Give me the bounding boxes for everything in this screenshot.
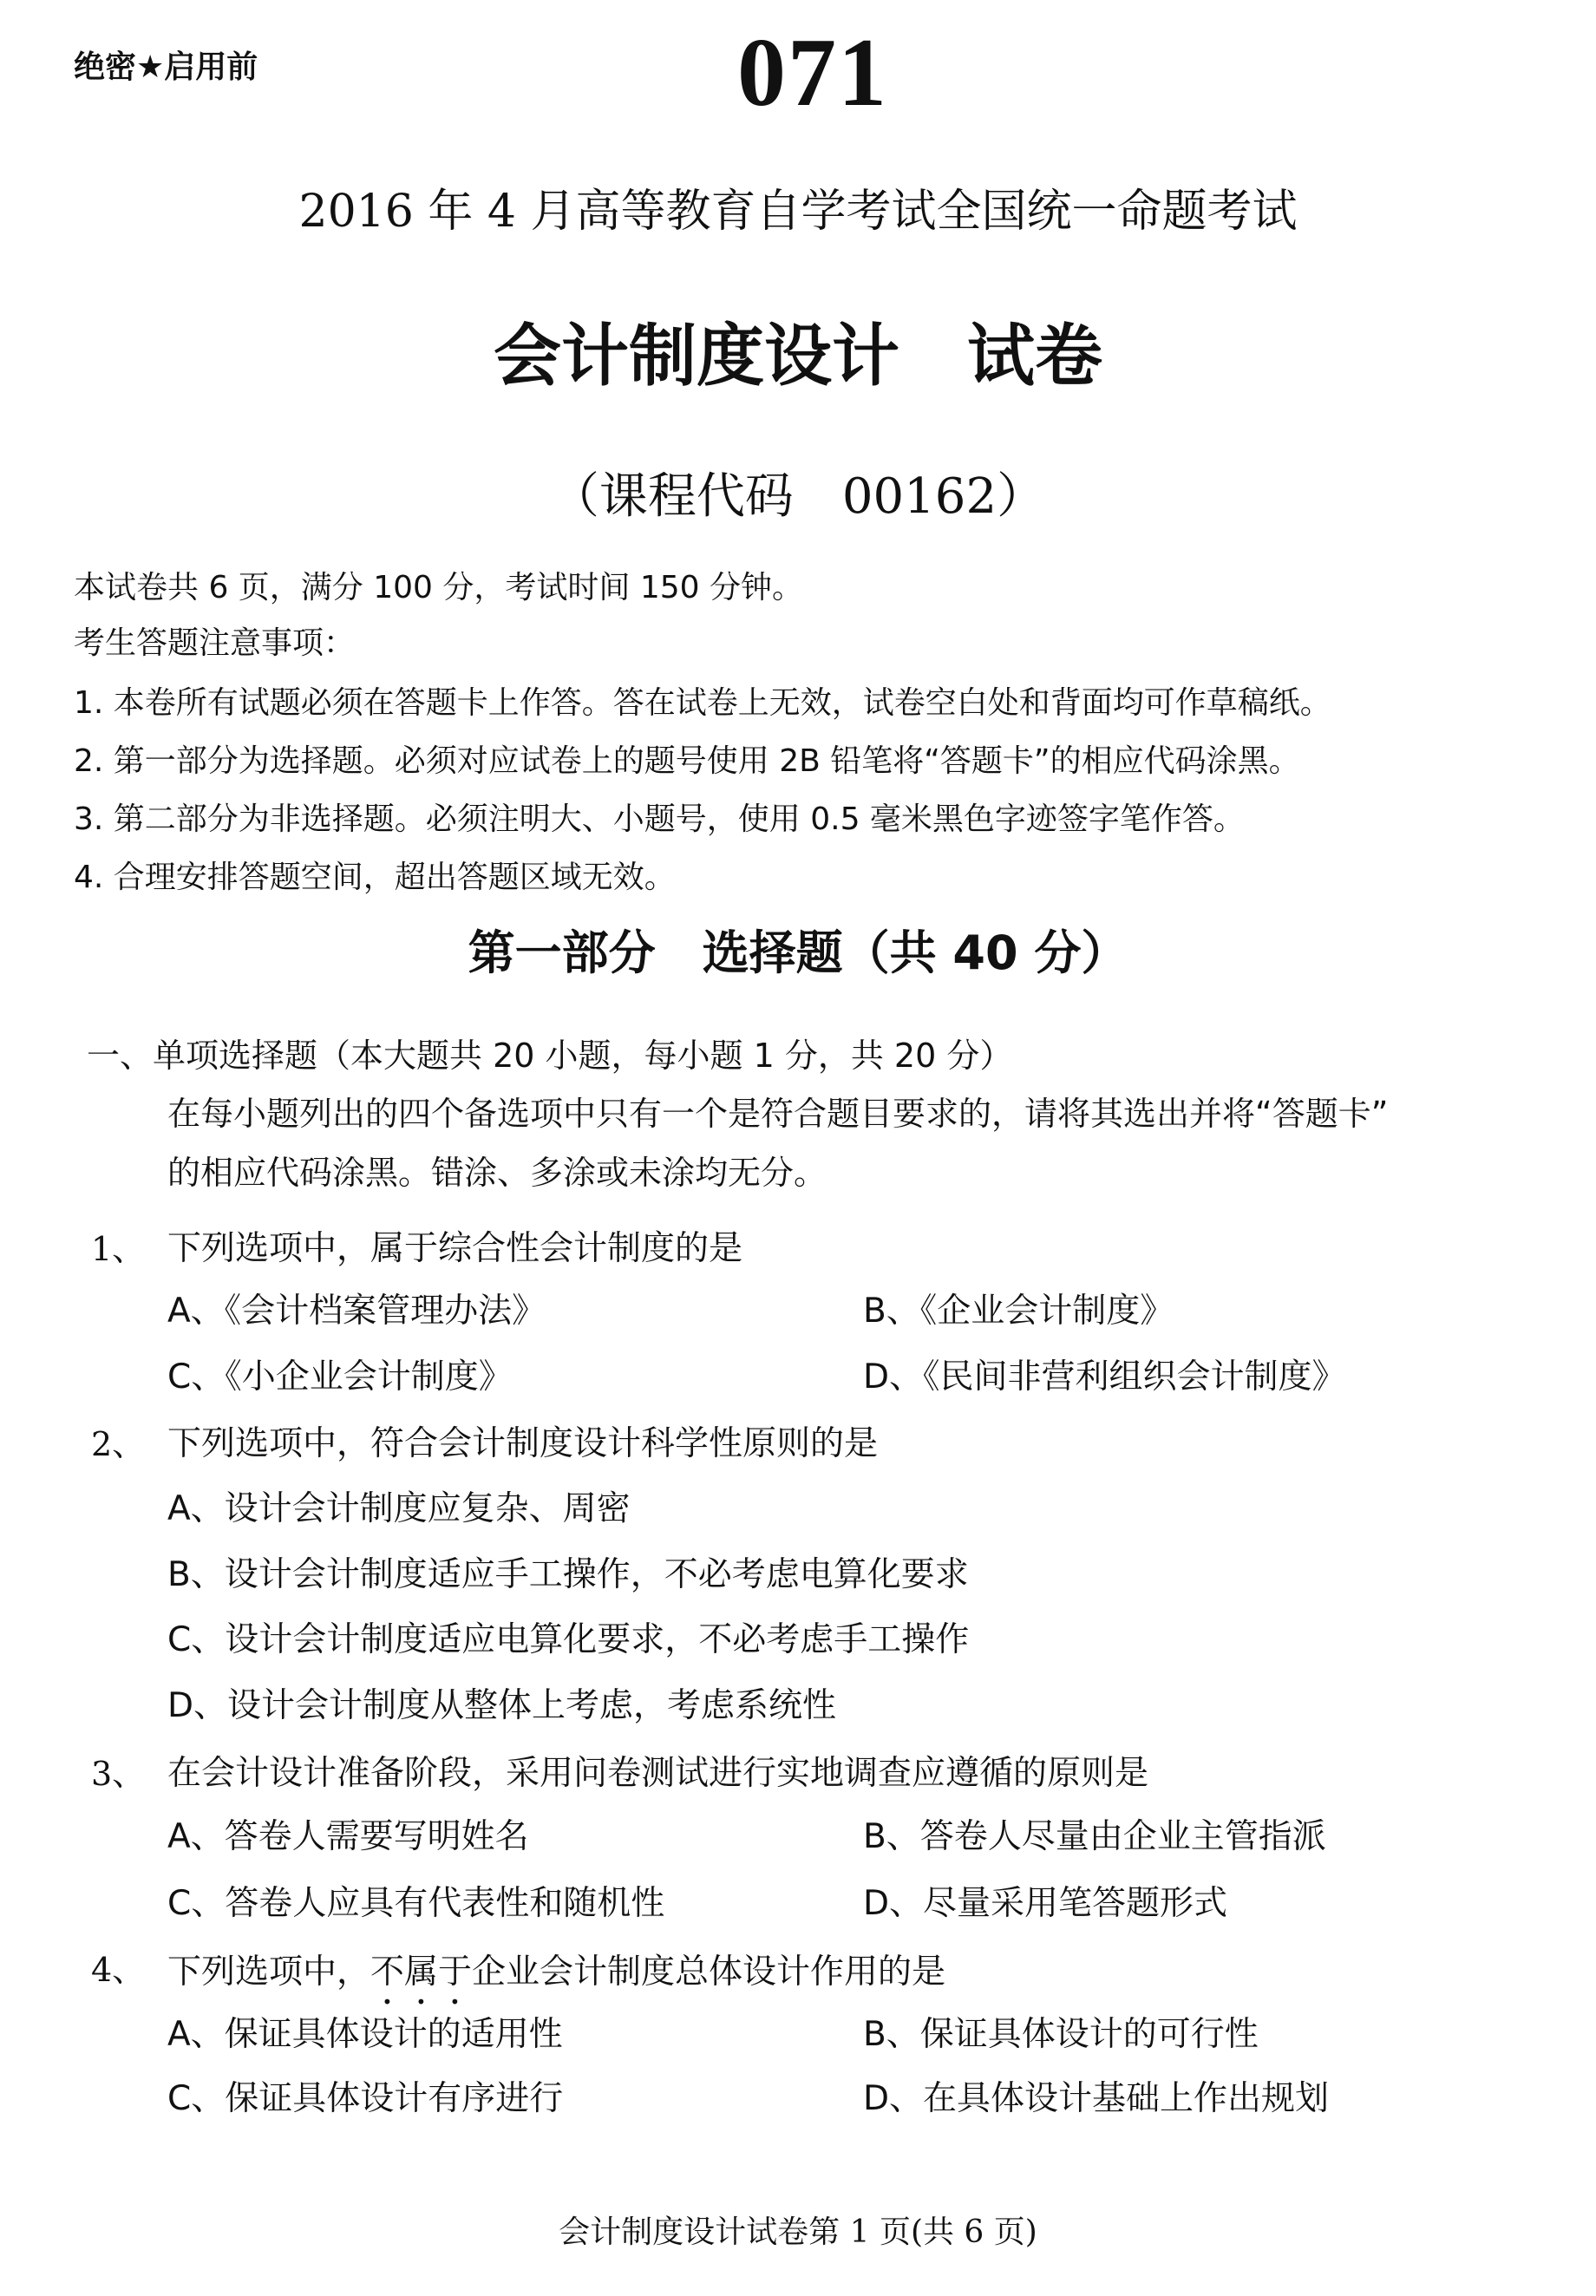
option-d: D、在具体设计基础上作出规划: [863, 2082, 1329, 2116]
question-text: 下列选项中，符合会计制度设计科学性原则的是: [167, 1427, 878, 1461]
option-a: A、设计会计制度应复杂、周密: [167, 1492, 631, 1526]
section-description: 在每小题列出的四个备选项中只有一个是符合题目要求的，请将其选出并将“答题卡”: [167, 1097, 1388, 1130]
option-a: A、答卷人需要写明姓名: [167, 1820, 529, 1854]
option-b: B、答卷人尽量由企业主管指派: [863, 1820, 1326, 1854]
section-heading: 一、单项选择题（本大题共 20 小题，每小题 1 分，共 20 分）: [87, 1039, 1012, 1072]
question-number: 3、: [91, 1757, 145, 1790]
question-number: 2、: [91, 1428, 145, 1461]
note-item: 3. 第二部分为非选择题。必须注明大、小题号，使用 0.5 毫米黑色字迹签字笔作…: [74, 804, 1245, 835]
exam-summary: 本试卷共 6 页，满分 100 分，考试时间 150 分钟。: [74, 572, 803, 604]
question-text: 在会计设计准备阶段，采用问卷测试进行实地调查应遵循的原则是: [167, 1756, 1148, 1790]
option-b: B、保证具体设计的可行性: [863, 2018, 1259, 2051]
option-b: B、设计会计制度适应手工操作，不必考虑电算化要求: [167, 1558, 969, 1592]
emphasized-negation: 不属于: [370, 1953, 472, 1992]
exam-code: 071: [737, 24, 888, 121]
section-description: 的相应代码涂黑。错涂、多涂或未涂均无分。: [167, 1156, 827, 1189]
subject-title: 会计制度设计 试卷: [0, 323, 1596, 390]
option-a: A、保证具体设计的适用性: [167, 2018, 563, 2051]
option-b: B、《企业会计制度》: [863, 1294, 1174, 1328]
option-a: A、《会计档案管理办法》: [167, 1294, 546, 1328]
option-c: C、设计会计制度适应电算化要求，不必考虑手工操作: [167, 1623, 969, 1657]
option-c: C、保证具体设计有序进行: [167, 2082, 563, 2116]
note-item: 4. 合理安排答题空间，超出答题区域无效。: [74, 862, 676, 893]
course-code: （课程代码 00162）: [0, 473, 1596, 521]
option-d: D、《民间非营利组织会计制度》: [863, 1360, 1346, 1394]
part-header: 第一部分 选择题（共 40 分）: [0, 930, 1596, 977]
option-d: D、设计会计制度从整体上考虑，考虑系统性: [167, 1689, 836, 1723]
option-c: C、答卷人应具有代表性和随机性: [167, 1887, 664, 1920]
question-text-before: 下列选项中，: [167, 1953, 370, 1992]
note-item: 2. 第一部分为选择题。必须对应试卷上的题号使用 2B 铅笔将“答题卡”的相应代…: [74, 746, 1300, 777]
notes-title: 考生答题注意事项：: [74, 628, 355, 659]
option-c: C、《小企业会计制度》: [167, 1360, 513, 1394]
question-number: 4、: [91, 1953, 145, 1986]
question-number: 1、: [91, 1233, 145, 1266]
exam-title: 2016 年 4 月高等教育自学考试全国统一命题考试: [0, 189, 1596, 234]
question-text-after: 企业会计制度总体设计作用的是: [472, 1953, 945, 1992]
option-d: D、尽量采用笔答题形式: [863, 1887, 1227, 1920]
question-text: 下列选项中，属于综合性会计制度的是: [167, 1232, 742, 1266]
question-text: 下列选项中，不属于企业会计制度总体设计作用的是: [167, 1953, 945, 2012]
note-item: 1. 本卷所有试题必须在答题卡上作答。答在试卷上无效，试卷空白处和背面均可作草稿…: [74, 688, 1331, 719]
page-footer: 会计制度设计试卷第 1 页(共 6 页): [0, 2217, 1596, 2248]
confidential-label: 绝密★启用前: [74, 52, 258, 83]
